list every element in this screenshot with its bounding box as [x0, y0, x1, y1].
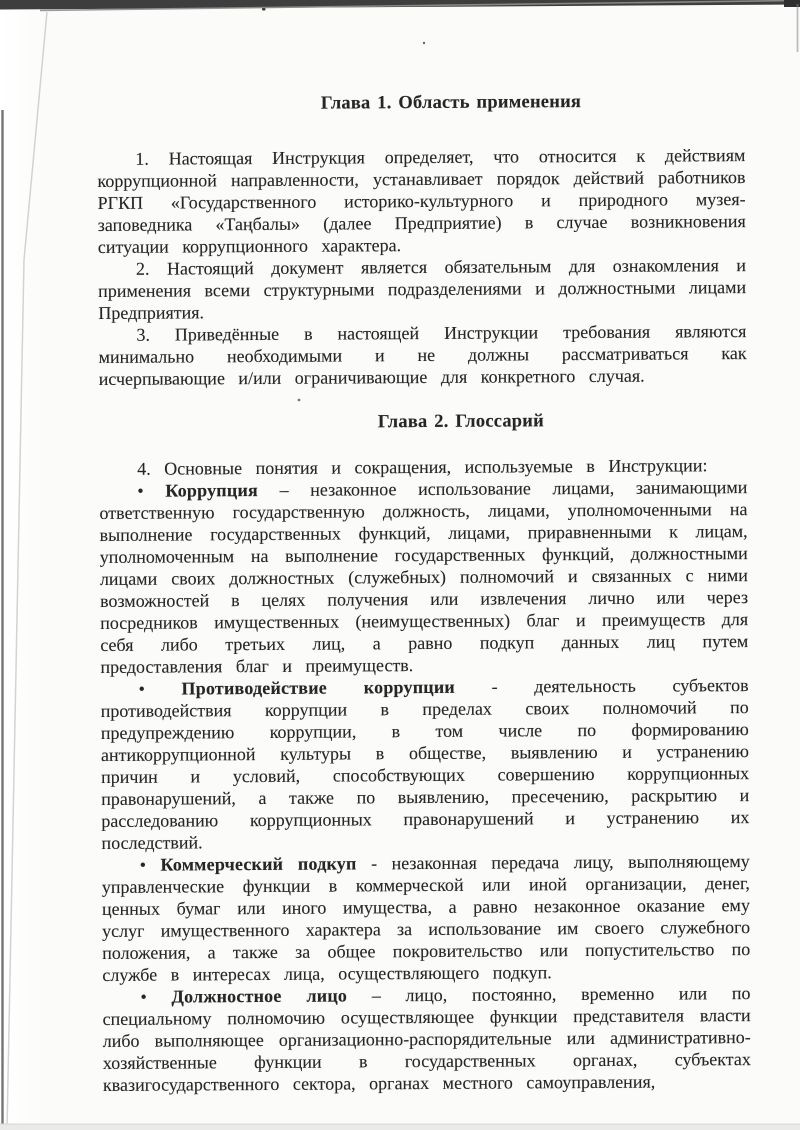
term-definition: деятельность субъектов противодействия к… [101, 675, 750, 853]
paragraph-2: 2. Настоящий документ является обязатель… [98, 254, 746, 324]
glossary-term-commercial-bribery: • Коммерческий подкуп - незаконная перед… [102, 850, 751, 986]
term-label: Должностное лицо [171, 985, 347, 1006]
chapter-2-heading: Глава 2. Глоссарий [137, 409, 785, 435]
term-definition: незаконное использование лицами, занимаю… [99, 477, 748, 677]
scan-edge-bottom [0, 1124, 800, 1130]
term-dash: – [372, 985, 381, 1005]
paper-left-edge [7, 12, 47, 1130]
term-label: Коррупция [165, 480, 258, 501]
scan-corner-top-right [784, 0, 800, 7]
bullet-icon: • [140, 855, 146, 875]
paper-top-edge [40, 1, 798, 11]
glossary-term-corruption: • Коррупция – незаконное использование л… [99, 476, 748, 678]
term-dash: – [279, 480, 288, 500]
term-label: Коммерческий подкуп [160, 853, 356, 874]
speck [262, 8, 266, 11]
scan-edge-top [0, 0, 800, 10]
paragraph-1: 1. Настоящая Инструкция определяет, что … [97, 144, 746, 258]
scanned-page: Глава 1. Область применения 1. Настоящая… [0, 0, 800, 1130]
speck [423, 42, 425, 44]
term-dash: - [492, 677, 498, 697]
chapter-1-heading: Глава 1. Область применения [127, 90, 775, 116]
bullet-icon: • [139, 679, 145, 699]
document-text: Глава 1. Область применения 1. Настоящая… [97, 90, 751, 1096]
bullet-icon: • [137, 481, 143, 501]
bullet-icon: • [140, 987, 146, 1007]
glossary-term-official: • Должностное лицо – лицо, постоянно, вр… [102, 982, 751, 1096]
paragraph-3: 3. Приведённые в настоящей Инструкции тр… [98, 320, 746, 390]
glossary-term-anticorruption: • Противодействие коррупции - деятельнос… [101, 674, 750, 854]
term-dash: - [371, 853, 377, 873]
term-label: Противодействие коррупции [181, 677, 455, 699]
